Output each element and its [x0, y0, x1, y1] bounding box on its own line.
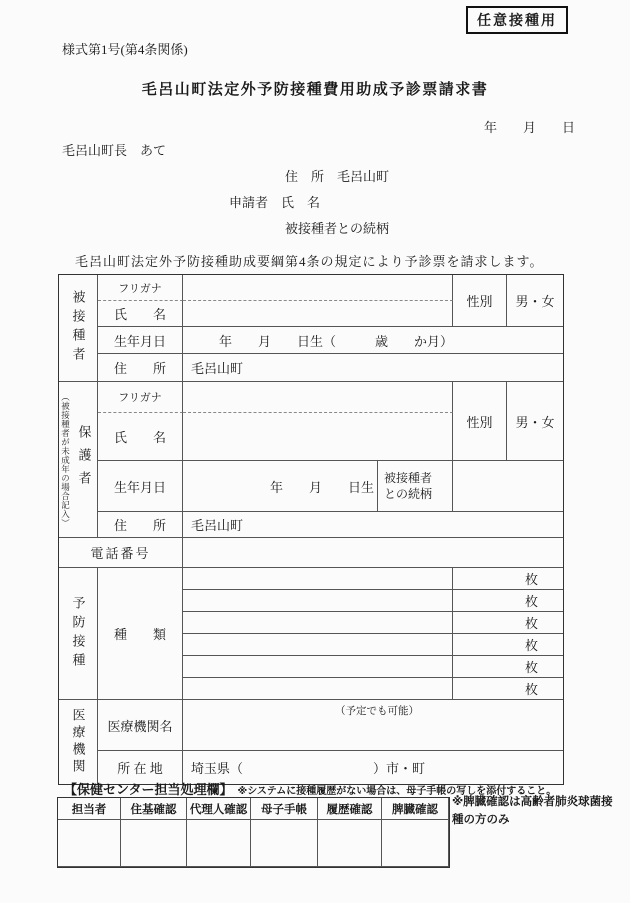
guardian-address-field: 毛呂山町 — [183, 512, 563, 538]
recipient-group-cell: 被接種者 — [59, 275, 98, 382]
guardian-relation-label: 被接種者 との続柄 — [378, 461, 453, 512]
guardian-birth-field: 年 月 日生 — [183, 461, 378, 512]
staff-col-hizo-kakunin: 脾臓確認 — [382, 798, 449, 820]
recipient-name-field — [183, 301, 453, 327]
staff-col-boshi-techo: 母子手帳 — [251, 798, 318, 820]
recipient-address-field: 毛呂山町 — [183, 354, 563, 382]
spleen-check-note: ※脾臓確認は高齢者肺炎球菌接種の方のみ — [452, 794, 614, 830]
recipient-group-label: 被接種者 — [72, 290, 85, 366]
document-page: 任意接種用 様式第1号(第4条関係) 毛呂山町法定外予防接種費用助成予診票請求書… — [0, 0, 630, 903]
guardian-relation-label-line2: との続柄 — [384, 486, 432, 502]
medical-name-label: 医療機関名 — [98, 700, 183, 751]
vaccination-type-field — [183, 590, 453, 612]
medical-group-cell: 医療機関 — [59, 700, 98, 784]
vaccination-type-field — [183, 612, 453, 634]
medical-name-field: （予定でも可能） — [183, 700, 563, 751]
phone-label: 電話番号 — [59, 538, 183, 568]
form-number: 様式第1号(第4条関係) — [62, 39, 188, 58]
vaccination-type-field — [183, 568, 453, 590]
applicant-name-label: 氏 名 — [281, 195, 320, 210]
staff-heading-title: 【保健センター担当処理欄】 — [64, 779, 232, 798]
guardian-furigana-label: フリガナ — [98, 382, 183, 413]
recipient-sex-label: 性別 — [453, 275, 507, 327]
guardian-sex-options: 男・女 — [507, 382, 563, 461]
guardian-group-label: 保護者 — [78, 425, 91, 494]
staff-col-dairinin-kakunin: 代理人確認 — [187, 798, 251, 820]
recipient-sex-options: 男・女 — [507, 275, 563, 327]
vaccination-type-field — [183, 678, 453, 700]
guardian-group-note: （被接種者が未成年の場合記入） — [61, 392, 70, 527]
guardian-relation-field — [453, 461, 563, 512]
applicant-name-line: 申請者 氏 名 — [229, 192, 320, 211]
recipient-address-label: 住 所 — [98, 354, 183, 382]
applicant-relation-line: 被接種者との続柄 — [285, 218, 389, 237]
page-title: 毛呂山町法定外予防接種費用助成予診票請求書 — [0, 78, 630, 99]
vaccination-type-label: 種 類 — [98, 568, 183, 700]
sheet-count-cell: 枚 — [453, 634, 563, 656]
phone-field — [183, 538, 563, 568]
guardian-relation-label-line1: 被接種者 — [384, 470, 432, 486]
sheet-count-cell: 枚 — [453, 656, 563, 678]
vaccination-group-cell: 予防接種 — [59, 568, 98, 700]
medical-group-label: 医療機関 — [72, 708, 85, 776]
guardian-birth-label: 生年月日 — [98, 461, 183, 512]
staff-body-cell — [187, 820, 251, 867]
sheet-count-cell: 枚 — [453, 568, 563, 590]
applicant-role-label: 申請者 — [229, 195, 268, 210]
vaccination-group-label: 予防接種 — [72, 596, 85, 672]
guardian-name-label: 氏 名 — [98, 413, 183, 461]
vaccination-type-field — [183, 634, 453, 656]
vaccination-type-field — [183, 656, 453, 678]
staff-col-tantosha: 担当者 — [58, 798, 121, 820]
staff-body-cell — [251, 820, 318, 867]
guardian-group-cell: （被接種者が未成年の場合記入） 保護者 — [59, 382, 98, 538]
recipient-birth-label: 生年月日 — [98, 327, 183, 354]
addressee-line: 毛呂山町長 あて — [62, 140, 166, 159]
staff-col-juki-kakunin: 住基確認 — [121, 798, 187, 820]
sheet-count-cell: 枚 — [453, 678, 563, 700]
recipient-birth-field: 年 月 日生（ 歳 か月） — [183, 327, 563, 354]
guardian-name-field — [183, 413, 453, 461]
recipient-furigana-field — [183, 275, 453, 301]
guardian-address-label: 住 所 — [98, 512, 183, 538]
staff-table: 担当者 住基確認 代理人確認 母子手帳 履歴確認 脾臓確認 — [57, 797, 450, 868]
guardian-furigana-field — [183, 382, 453, 413]
sheet-count-cell: 枚 — [453, 612, 563, 634]
staff-body-cell — [58, 820, 121, 867]
guardian-sex-label: 性別 — [453, 382, 507, 461]
staff-body-cell — [318, 820, 382, 867]
declaration-line: 毛呂山町法定外予防接種助成要綱第4条の規定により予診票を請求します。 — [75, 251, 543, 270]
applicant-address-line: 住 所 毛呂山町 — [285, 166, 389, 185]
voluntary-vaccination-tag: 任意接種用 — [466, 6, 568, 34]
sheet-count-cell: 枚 — [453, 590, 563, 612]
date-line: 年 月 日 — [484, 117, 575, 136]
staff-body-cell — [382, 820, 449, 867]
recipient-furigana-label: フリガナ — [98, 275, 183, 301]
main-form-table: 被接種者 フリガナ 性別 男・女 氏 名 生年月日 年 月 日生（ 歳 か月） … — [58, 274, 564, 785]
recipient-name-label: 氏 名 — [98, 301, 183, 327]
staff-col-rireki-kakunin: 履歴確認 — [318, 798, 382, 820]
staff-body-cell — [121, 820, 187, 867]
spacer — [268, 195, 281, 210]
